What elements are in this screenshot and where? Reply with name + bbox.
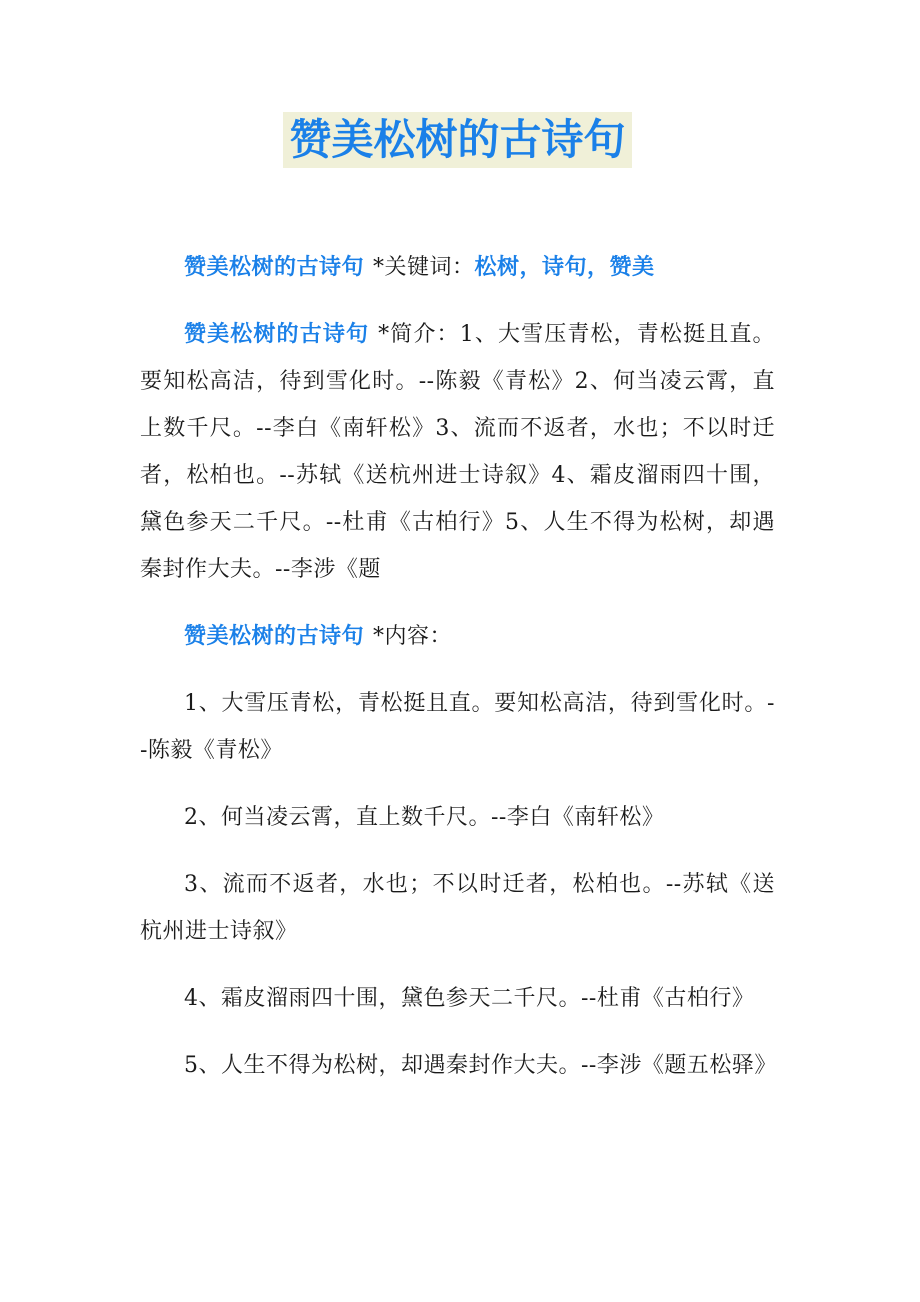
intro-paragraph: 赞美松树的古诗句*简介：1、大雪压青松，青松挺且直。要知松高洁，待到雪化时。--…: [140, 311, 775, 593]
poem-item-5: 5、人生不得为松树，却遇秦封作大夫。--李涉《题五松驿》: [140, 1042, 775, 1089]
document-page: 赞美松树的古诗句 赞美松树的古诗句*关键词：松树，诗句，赞美 赞美松树的古诗句*…: [0, 0, 920, 1302]
intro-lead: 赞美松树的古诗句: [184, 322, 369, 347]
content-head-lead: 赞美松树的古诗句: [184, 624, 364, 649]
content-head-paragraph: 赞美松树的古诗句*内容：: [140, 613, 775, 660]
intro-label: *简介：: [378, 322, 460, 347]
poem-item-3: 3、流而不返者，水也；不以时迁者，松柏也。--苏轼《送杭州进士诗叙》: [140, 861, 775, 955]
keywords-lead: 赞美松树的古诗句: [184, 255, 364, 280]
page-title: 赞美松树的古诗句: [140, 112, 775, 168]
intro-text: 1、大雪压青松，青松挺且直。要知松高洁，待到雪化时。--陈毅《青松》2、何当凌云…: [140, 322, 775, 582]
title-highlight: 赞美松树的古诗句: [283, 112, 631, 168]
keywords-paragraph: 赞美松树的古诗句*关键词：松树，诗句，赞美: [140, 244, 775, 291]
poem-item-4: 4、霜皮溜雨四十围，黛色参天二千尺。--杜甫《古柏行》: [140, 975, 775, 1022]
content-head-label: *内容：: [373, 624, 452, 649]
poem-item-1: 1、大雪压青松，青松挺且直。要知松高洁，待到雪化时。--陈毅《青松》: [140, 680, 775, 774]
keywords-label: *关键词：: [373, 255, 475, 280]
poem-item-2: 2、何当凌云霄，直上数千尺。--李白《南轩松》: [140, 794, 775, 841]
keywords-value: 松树，诗句，赞美: [475, 255, 655, 280]
